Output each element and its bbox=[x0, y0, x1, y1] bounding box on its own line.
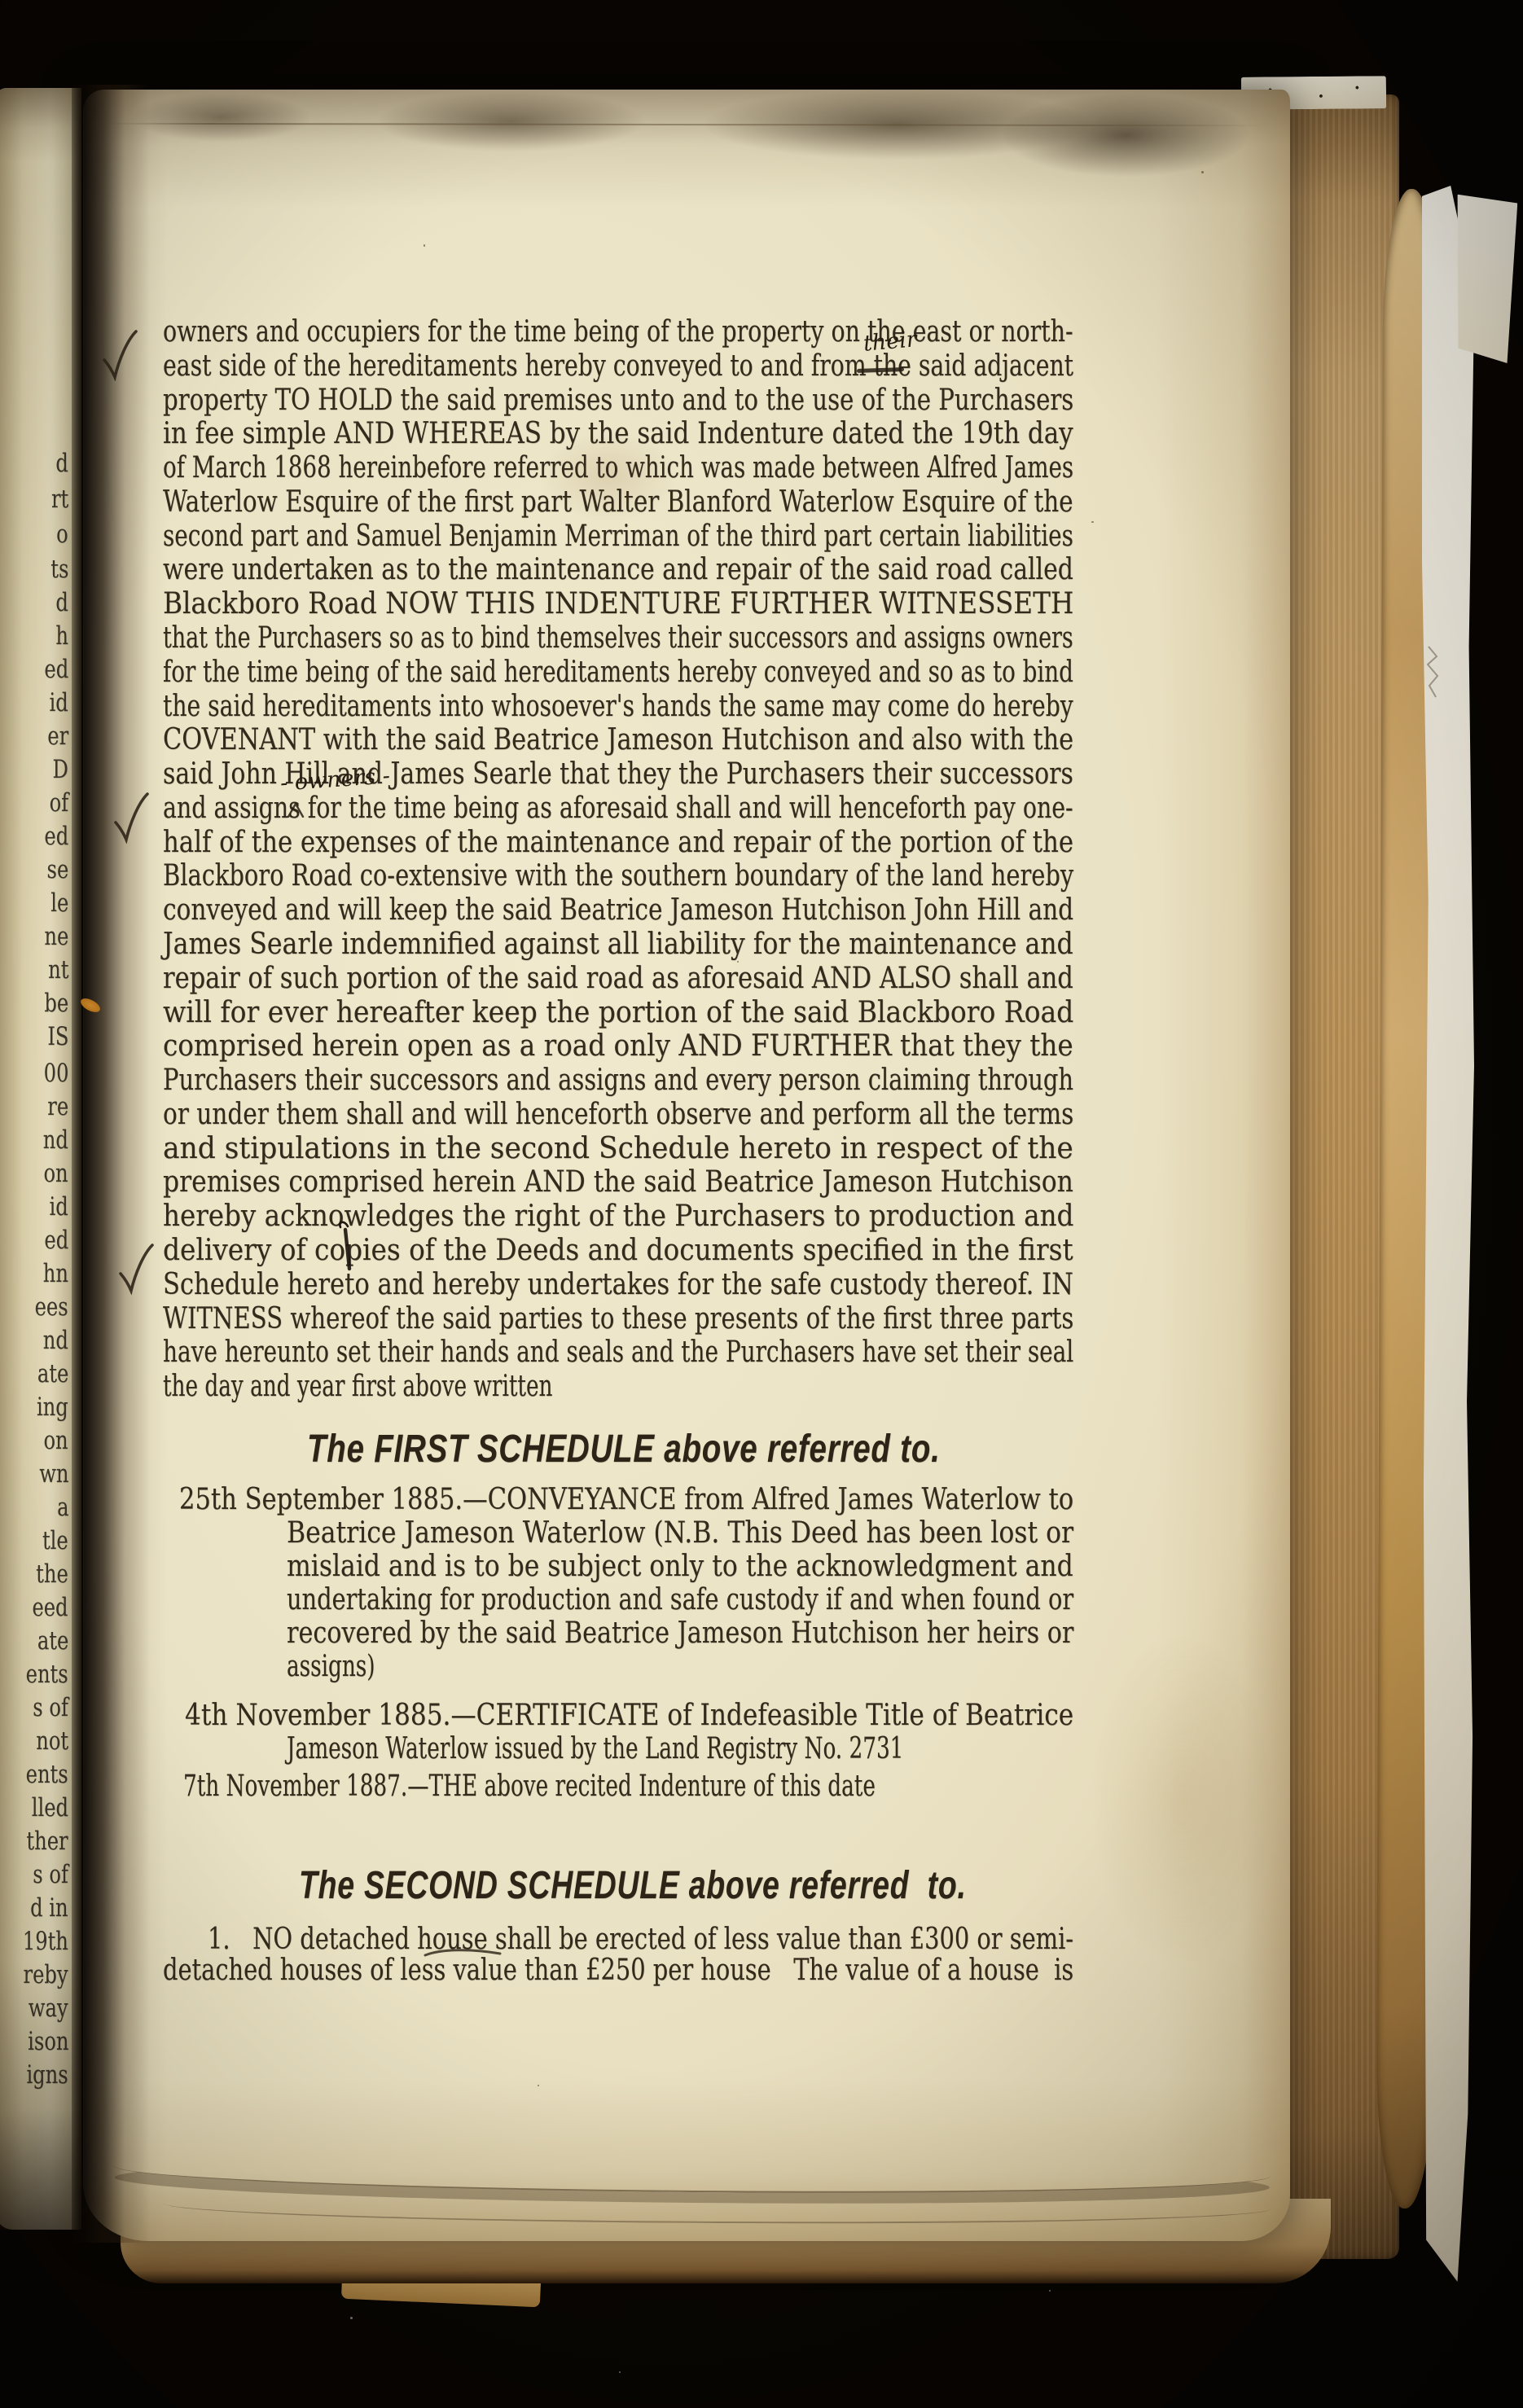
text-line-content: property TO HOLD the said premises unto … bbox=[163, 384, 1073, 417]
text-line-content: Beatrice Jameson Waterlow (N.B. This Dee… bbox=[287, 1517, 1073, 1550]
text-line: Schedule hereto and hereby undertakes fo… bbox=[163, 1269, 1236, 1303]
text-line: comprised herein open as a road only AND… bbox=[163, 1030, 1168, 1064]
text-line: detached houses of less value than £250 … bbox=[163, 1954, 1299, 1989]
text-line-content: half of the expenses of the maintenance … bbox=[163, 827, 1073, 859]
book-scan: { "page": { "lines": [ {"t":"owners and … bbox=[0, 0, 1523, 2408]
text-line: were undertaken as to the maintenance an… bbox=[163, 554, 1262, 588]
text-line: assigns) bbox=[287, 1651, 408, 1685]
schedule-heading: The FIRST SCHEDULE above referred to. bbox=[307, 1427, 1098, 1472]
text-line-content: the day and year first above written bbox=[163, 1371, 552, 1403]
schedule-heading-text: The SECOND SCHEDULE above referred to. bbox=[299, 1863, 967, 1908]
text-line-content: in fee simple AND WHEREAS by the said In… bbox=[163, 418, 1073, 450]
text-line: delivery of copies of the Deeds and docu… bbox=[163, 1235, 1164, 1269]
text-line-content: mislaid and is to be subject only to the… bbox=[287, 1551, 1073, 1583]
text-line-content: premises comprised herein AND the said B… bbox=[163, 1166, 1073, 1199]
text-line: 1. NO detached house shall be erected of… bbox=[208, 1923, 1287, 1958]
text-line-content: repair of such portion of the said road … bbox=[163, 963, 1073, 995]
text-line: have hereunto set their hands and seals … bbox=[163, 1336, 1338, 1371]
text-line-content: WITNESS whereof the said parties to thes… bbox=[163, 1303, 1073, 1336]
text-line-content: Schedule hereto and hereby undertakes fo… bbox=[163, 1269, 1073, 1301]
text-line-content: for the time being of the said hereditam… bbox=[163, 656, 1073, 689]
text-line: Beatrice Jameson Waterlow (N.B. This Dee… bbox=[287, 1517, 1187, 1551]
text-line-content: or under them shall and will henceforth … bbox=[163, 1099, 1073, 1131]
text-line-content: hereby acknowledges the right of the Pur… bbox=[163, 1200, 1073, 1233]
text-line-content: James Searle indemnified against all lia… bbox=[163, 928, 1073, 961]
text-line: recovered by the said Beatrice Jameson H… bbox=[287, 1617, 1224, 1651]
text-line-content: east side of the hereditaments hereby co… bbox=[163, 350, 1073, 383]
text-line: premises comprised herein AND the said B… bbox=[163, 1166, 1206, 1200]
text-line: the said hereditaments into whosoever's … bbox=[163, 691, 1326, 725]
text-line: in fee simple AND WHEREAS by the said In… bbox=[163, 418, 1223, 452]
text-line-content: 1. NO detached house shall be erected of… bbox=[208, 1923, 1073, 1956]
text-line: will for ever hereafter keep the portion… bbox=[163, 997, 1157, 1031]
text-line: WITNESS whereof the said parties to thes… bbox=[163, 1303, 1288, 1337]
text-line-content: Purchasers their successors and assigns … bbox=[163, 1064, 1073, 1097]
text-line-content: Blackboro Road NOW THIS INDENTURE FURTHE… bbox=[163, 588, 1073, 621]
text-line-content: the said hereditaments into whosoever's … bbox=[163, 691, 1073, 723]
text-line: said John Hill and James Searle that the… bbox=[163, 758, 1259, 792]
text-line-content: detached houses of less value than £250 … bbox=[163, 1954, 1073, 1987]
text-line: undertaking for production and safe cust… bbox=[287, 1584, 1270, 1618]
text-line: Purchasers their successors and assigns … bbox=[163, 1064, 1296, 1099]
text-line-content: and assigns for the time being as afores… bbox=[163, 792, 1073, 825]
text-line-content: were undertaken as to the maintenance an… bbox=[163, 554, 1073, 586]
schedule-heading: The SECOND SCHEDULE above referred to. bbox=[299, 1863, 1157, 1908]
text-line: Waterlow Esquire of the first part Walte… bbox=[163, 486, 1278, 520]
text-line: mislaid and is to be subject only to the… bbox=[287, 1551, 1188, 1585]
text-line: half of the expenses of the maintenance … bbox=[163, 827, 1229, 861]
text-line-content: of March 1868 hereinbefore referred to w… bbox=[163, 452, 1073, 485]
text-line-content: 7th November 1887.—THE above recited Ind… bbox=[183, 1770, 876, 1803]
text-line-content: 25th September 1885.—CONVEYANCE from Alf… bbox=[179, 1484, 1073, 1516]
text-line-content: said John Hill and James Searle that the… bbox=[163, 758, 1073, 791]
text-line: 4th November 1885.—CERTIFICATE of Indefe… bbox=[185, 1700, 1211, 1734]
text-line: second part and Samuel Benjamin Merriman… bbox=[163, 520, 1341, 555]
text-line-content: 4th November 1885.—CERTIFICATE of Indefe… bbox=[185, 1700, 1073, 1732]
text-line-content: and stipulations in the second Schedule … bbox=[163, 1133, 1073, 1165]
text-line: owners and occupiers for the time being … bbox=[163, 316, 1315, 350]
text-line-content: owners and occupiers for the time being … bbox=[163, 316, 1073, 349]
text-line: that the Purchasers so as to bind themse… bbox=[163, 622, 1382, 656]
text-line: and stipulations in the second Schedule … bbox=[163, 1133, 1115, 1167]
text-line-content: comprised herein open as a road only AND… bbox=[163, 1030, 1073, 1063]
text-line: COVENANT with the said Beatrice Jameson … bbox=[163, 724, 1242, 758]
text-line: Blackboro Road co-extensive with the sou… bbox=[163, 860, 1297, 894]
text-line-content: Blackboro Road co-extensive with the sou… bbox=[163, 860, 1073, 893]
text-line: property TO HOLD the said premises unto … bbox=[163, 384, 1287, 419]
text-line: Blackboro Road NOW THIS INDENTURE FURTHE… bbox=[163, 588, 1167, 622]
text-line: conveyed and will keep the said Beatrice… bbox=[163, 894, 1273, 928]
text-line: the day and year first above written bbox=[163, 1371, 696, 1405]
text-line: 7th November 1887.—THE above recited Ind… bbox=[183, 1770, 1131, 1805]
text-line: James Searle indemnified against all lia… bbox=[163, 928, 1202, 963]
text-line-content: have hereunto set their hands and seals … bbox=[163, 1336, 1073, 1369]
text-line: 25th September 1885.—CONVEYANCE from Alf… bbox=[179, 1484, 1232, 1518]
text-line-content: assigns) bbox=[287, 1651, 375, 1683]
text-line-content: conveyed and will keep the said Beatrice… bbox=[163, 894, 1073, 927]
text-line-content: will for ever hereafter keep the portion… bbox=[163, 997, 1073, 1029]
text-line: of March 1868 hereinbefore referred to w… bbox=[163, 452, 1345, 486]
text-line: repair of such portion of the said road … bbox=[163, 963, 1237, 997]
text-line-content: undertaking for production and safe cust… bbox=[287, 1584, 1073, 1616]
text-line: east side of the hereditaments hereby co… bbox=[163, 350, 1323, 384]
text-line: hereby acknowledges the right of the Pur… bbox=[163, 1200, 1170, 1235]
text-line-content: delivery of copies of the Deeds and docu… bbox=[163, 1235, 1073, 1267]
printed-text-layer: owners and occupiers for the time being … bbox=[0, 0, 1523, 2408]
schedule-heading-text: The FIRST SCHEDULE above referred to. bbox=[307, 1427, 941, 1472]
text-line-content: that the Purchasers so as to bind themse… bbox=[163, 622, 1073, 655]
text-line-content: COVENANT with the said Beatrice Jameson … bbox=[163, 724, 1073, 757]
text-line-content: second part and Samuel Benjamin Merriman… bbox=[163, 520, 1073, 553]
text-line-content: Jameson Waterlow issued by the Land Regi… bbox=[287, 1733, 903, 1765]
text-line-content: Waterlow Esquire of the first part Walte… bbox=[163, 486, 1073, 519]
text-line: and assigns for the time being as afores… bbox=[163, 792, 1317, 827]
text-line: Jameson Waterlow issued by the Land Regi… bbox=[287, 1733, 1132, 1767]
text-line: or under them shall and will henceforth … bbox=[163, 1099, 1273, 1133]
text-line-content: recovered by the said Beatrice Jameson H… bbox=[287, 1617, 1073, 1650]
text-line: for the time being of the said hereditam… bbox=[163, 656, 1345, 691]
